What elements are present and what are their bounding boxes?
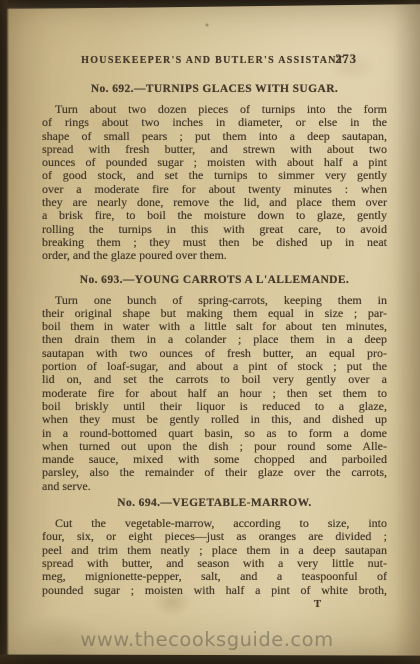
text-line: when they must be gently rolled in this,… — [42, 413, 387, 426]
text-line: lid on, and set the carrots to boil very… — [42, 373, 387, 386]
recipe-section: No. 692.—TURNIPS GLACES WITH SUGAR. Turn… — [42, 83, 387, 263]
recipe-paragraph: Turn one bunch of spring-carrots, keepin… — [42, 294, 387, 493]
text-line: then drain them in a colander ; place th… — [42, 333, 387, 346]
text-line: shape of small pears ; put them into a d… — [42, 130, 387, 143]
text-line: pounded sugar ; moisten with half a pint… — [42, 584, 387, 597]
text-line: boil them in water with a little salt fo… — [42, 320, 387, 333]
text-line: mande sauce, mixed with some chopped and… — [42, 453, 387, 466]
page-number: 273 — [335, 53, 357, 66]
text-line: rolling the turnips in this with great c… — [42, 223, 387, 236]
text-line: spread with butter, and season with a ve… — [42, 557, 387, 570]
recipe-heading: No. 692.—TURNIPS GLACES WITH SUGAR. — [42, 83, 387, 96]
text-line: of rings about two inches in diameter, o… — [42, 116, 387, 129]
text-line: their original shape but making them equ… — [42, 307, 387, 320]
text-line: Cut the vegetable-marrow, according to s… — [42, 517, 387, 530]
watermark: www.thecooksguide.com — [0, 628, 414, 651]
recipe-paragraph: Turn about two dozen pieces of turnips i… — [42, 103, 387, 263]
text-line: parsley, also the remainder of their gla… — [42, 466, 387, 479]
text-line: when turned out upon the dish ; pour rou… — [42, 440, 387, 453]
text-line: sautapan with two ounces of fresh butter… — [42, 347, 387, 360]
text-line: order, and the glaze poured over them. — [42, 249, 387, 262]
text-line: over a moderate fire for about twenty mi… — [42, 183, 387, 196]
text-line: breaking them ; they must then be dished… — [42, 236, 387, 249]
scan-border-left — [0, 0, 9, 664]
recipe-heading: No. 694.—VEGETABLE-MARROW. — [42, 497, 387, 510]
text-line: and serve. — [42, 480, 387, 493]
text-line: they are nearly done, remove the lid, an… — [42, 196, 387, 209]
book-page-scan: HOUSEKEEPER'S AND BUTLER'S ASSISTANT. 27… — [0, 0, 420, 664]
recipes: No. 692.—TURNIPS GLACES WITH SUGAR. Turn… — [42, 83, 387, 597]
text-line: a brisk fire, to boil the moisture down … — [42, 209, 387, 222]
recipe-section: No. 694.—VEGETABLE-MARROW. Cut the veget… — [42, 497, 387, 597]
recipe-section: No. 693.—YOUNG CARROTS A L'ALLEMANDE. Tu… — [42, 274, 387, 493]
text-line: in a round-bottomed quart basin, so as t… — [42, 427, 387, 440]
scan-border-bottom — [0, 653, 420, 664]
recipe-paragraph: Cut the vegetable-marrow, according to s… — [42, 517, 387, 597]
text-line: ounces of pounded sugar ; moisten with a… — [42, 156, 387, 169]
page-content: HOUSEKEEPER'S AND BUTLER'S ASSISTANT. 27… — [42, 0, 387, 611]
text-line: moderate fire for about half an hour ; t… — [42, 387, 387, 400]
recipe-heading: No. 693.—YOUNG CARROTS A L'ALLEMANDE. — [42, 274, 387, 287]
printer-signature-mark: T — [42, 599, 387, 611]
running-header: HOUSEKEEPER'S AND BUTLER'S ASSISTANT. 27… — [42, 54, 387, 67]
text-line: spread with fresh butter, and strewn wit… — [42, 143, 387, 156]
text-line: meg, mignionette-pepper, salt, and a tea… — [42, 570, 387, 583]
text-line: four, six, or eight pieces—just as orang… — [42, 530, 387, 543]
text-line: peel and trim them neatly ; place them i… — [42, 544, 387, 557]
text-line: boil briskly until their liquor is reduc… — [42, 400, 387, 413]
text-line: portion of loaf-sugar, and about a pint … — [42, 360, 387, 373]
text-line: Turn about two dozen pieces of turnips i… — [42, 103, 387, 116]
text-line: Turn one bunch of spring-carrots, keepin… — [42, 294, 387, 307]
text-line: of good stock, and set the turnips to si… — [42, 169, 387, 182]
